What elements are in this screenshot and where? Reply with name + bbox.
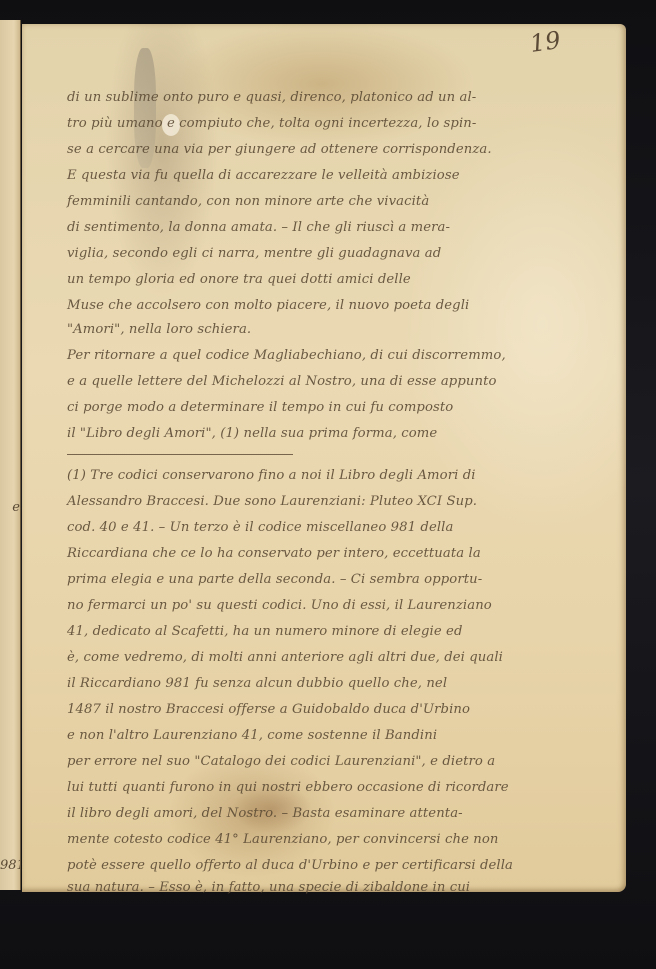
footnote-line: mente cotesto codice 41° Laurenziano, pe… bbox=[67, 832, 499, 847]
footnote-line: e non l'altro Laurenziano 41, come soste… bbox=[67, 728, 437, 743]
footnote-line: 1487 il nostro Braccesi offerse a Guidob… bbox=[67, 702, 470, 717]
footnote-line: è, come vedremo, di molti anni anteriore… bbox=[67, 650, 503, 665]
body-line: femminili cantando, con non minore arte … bbox=[67, 194, 429, 209]
footnote-line: Riccardiana che ce lo ha conservato per … bbox=[67, 546, 481, 561]
body-line: Muse che accolsero con molto piacere, il… bbox=[67, 298, 469, 313]
body-line: di un sublime onto puro e quasi, direnco… bbox=[67, 90, 476, 105]
footnote-line: potè essere quello offerto al duca d'Urb… bbox=[67, 858, 513, 873]
body-line: il "Libro degli Amori", (1) nella sua pr… bbox=[67, 426, 437, 441]
body-line: tro più umano e compiuto che, tolta ogni… bbox=[67, 116, 476, 131]
footnote-line: 41, dedicato al Scafetti, ha un numero m… bbox=[67, 624, 462, 639]
body-line: un tempo gloria ed onore tra quei dotti … bbox=[67, 272, 411, 287]
footnote-line: no fermarci un po' su questi codici. Uno… bbox=[67, 598, 492, 613]
footnote-line: per errore nel suo "Catalogo dei codici … bbox=[67, 754, 495, 769]
footnote-line: cod. 40 e 41. – Un terzo è il codice mis… bbox=[67, 520, 453, 535]
facing-page-edge bbox=[0, 20, 21, 890]
body-line: viglia, secondo egli ci narra, mentre gl… bbox=[67, 246, 441, 261]
footnote-separator bbox=[67, 454, 293, 455]
footnote-line: sua natura. – Esso è, in fatto, una spec… bbox=[67, 880, 470, 895]
body-line: e a quelle lettere del Michelozzi al Nos… bbox=[67, 374, 497, 389]
footnote-line: lui tutti quanti furono in qui nostri eb… bbox=[67, 780, 509, 795]
body-line: "Amori", nella loro schiera. bbox=[67, 322, 251, 337]
footnote-line: (1) Tre codici conservarono fino a noi i… bbox=[67, 468, 476, 483]
body-line: Per ritornare a quel codice Magliabechia… bbox=[67, 348, 506, 363]
footnote-line: il Riccardiano 981 fu senza alcun dubbio… bbox=[67, 676, 447, 691]
footnote-line: Alessandro Braccesi. Due sono Laurenzian… bbox=[67, 494, 477, 509]
body-line: ci porge modo a determinare il tempo in … bbox=[67, 400, 453, 415]
page-number: 19 bbox=[528, 26, 562, 58]
footnote-line: prima elegia e una parte della seconda. … bbox=[67, 572, 482, 587]
body-line: se a cercare una via per giungere ad ott… bbox=[67, 142, 492, 157]
facing-page-marginalia: 981 bbox=[0, 858, 20, 873]
facing-page-marginalia: e bbox=[0, 500, 20, 515]
footnote-line: il libro degli amori, del Nostro. – Bast… bbox=[67, 806, 463, 821]
body-line: E questa via fu quella di accarezzare le… bbox=[67, 168, 460, 183]
body-line: di sentimento, la donna amata. – Il che … bbox=[67, 220, 450, 235]
